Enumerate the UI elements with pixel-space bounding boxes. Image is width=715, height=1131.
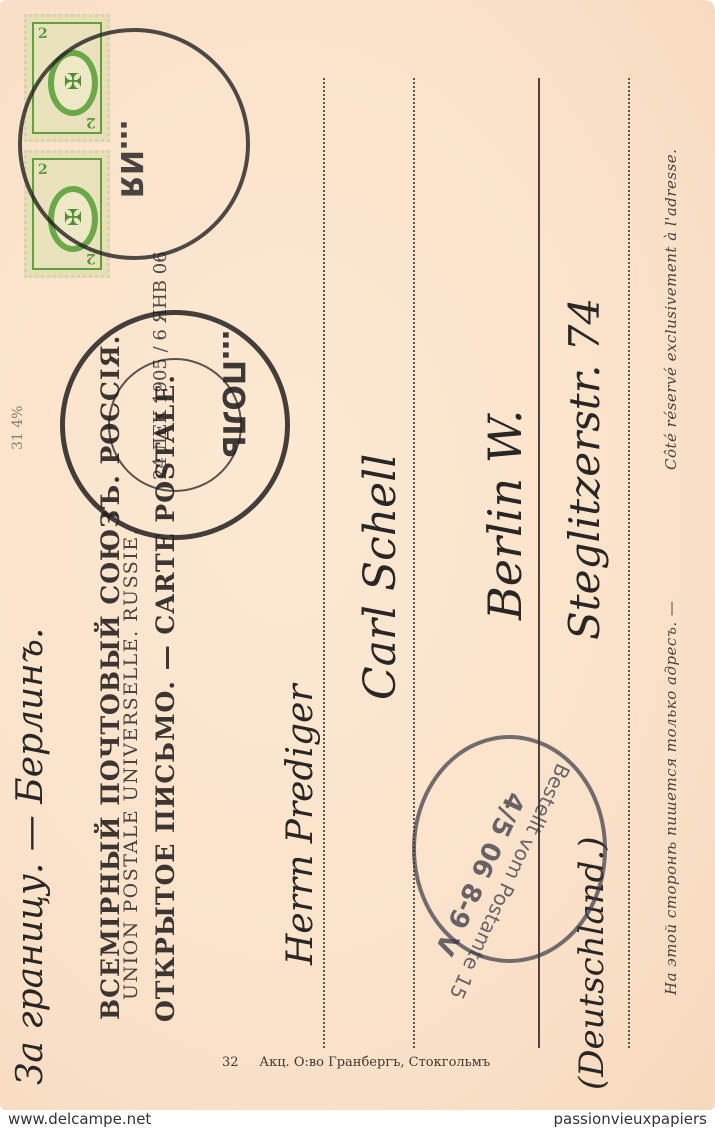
handwritten-city: Berlin W.	[478, 409, 532, 620]
handwritten-salutation: Herrn Prediger	[280, 684, 321, 965]
address-line-2	[413, 78, 415, 1048]
postmark-departure-date: 24 ДЕК 1905 / 6 ЯНВ 06	[150, 251, 171, 480]
side-note-ru: На этой сторонѣ пишется только адресъ. —	[662, 601, 680, 995]
header-line-fr: UNION POSTALE UNIVERSELLE. RUSSIE.	[120, 528, 142, 1000]
address-line-4	[628, 78, 630, 1048]
handwritten-name: Carl Schell	[355, 454, 406, 700]
publisher-imprint: 32 Акц. О:во Гранбергъ, Стокгольмъ	[222, 1055, 490, 1070]
address-line-1	[323, 78, 325, 1048]
postmark-stamps-text: …ИЯ	[113, 120, 148, 198]
postcard: 2 2 ✠ 2 2 ✠ …ИЯ ВСЕМIРНЫЙ ПОЧТОВЫЙ СОЮЗЪ…	[0, 0, 715, 1110]
side-note-fr: Côté réservé exclusivement à l'adresse.	[662, 149, 680, 470]
pencil-note: 31 4%	[10, 406, 26, 450]
watermark-left: www.delcampe.net	[8, 1110, 151, 1128]
handwritten-street: Steglitzerstr. 74	[560, 298, 609, 640]
imprint-number: 32	[222, 1055, 239, 1070]
postmark-departure-city: …ПОЛЬ	[215, 330, 250, 458]
watermark-right: passionvieuxpapiers	[554, 1110, 707, 1128]
imprint-text: Акц. О:во Гранбергъ, Стокгольмъ	[259, 1055, 490, 1070]
watermark-bar: www.delcampe.net passionvieuxpapiers	[0, 1110, 715, 1131]
handwritten-routing: За границу. — Берлинъ.	[10, 628, 51, 1085]
